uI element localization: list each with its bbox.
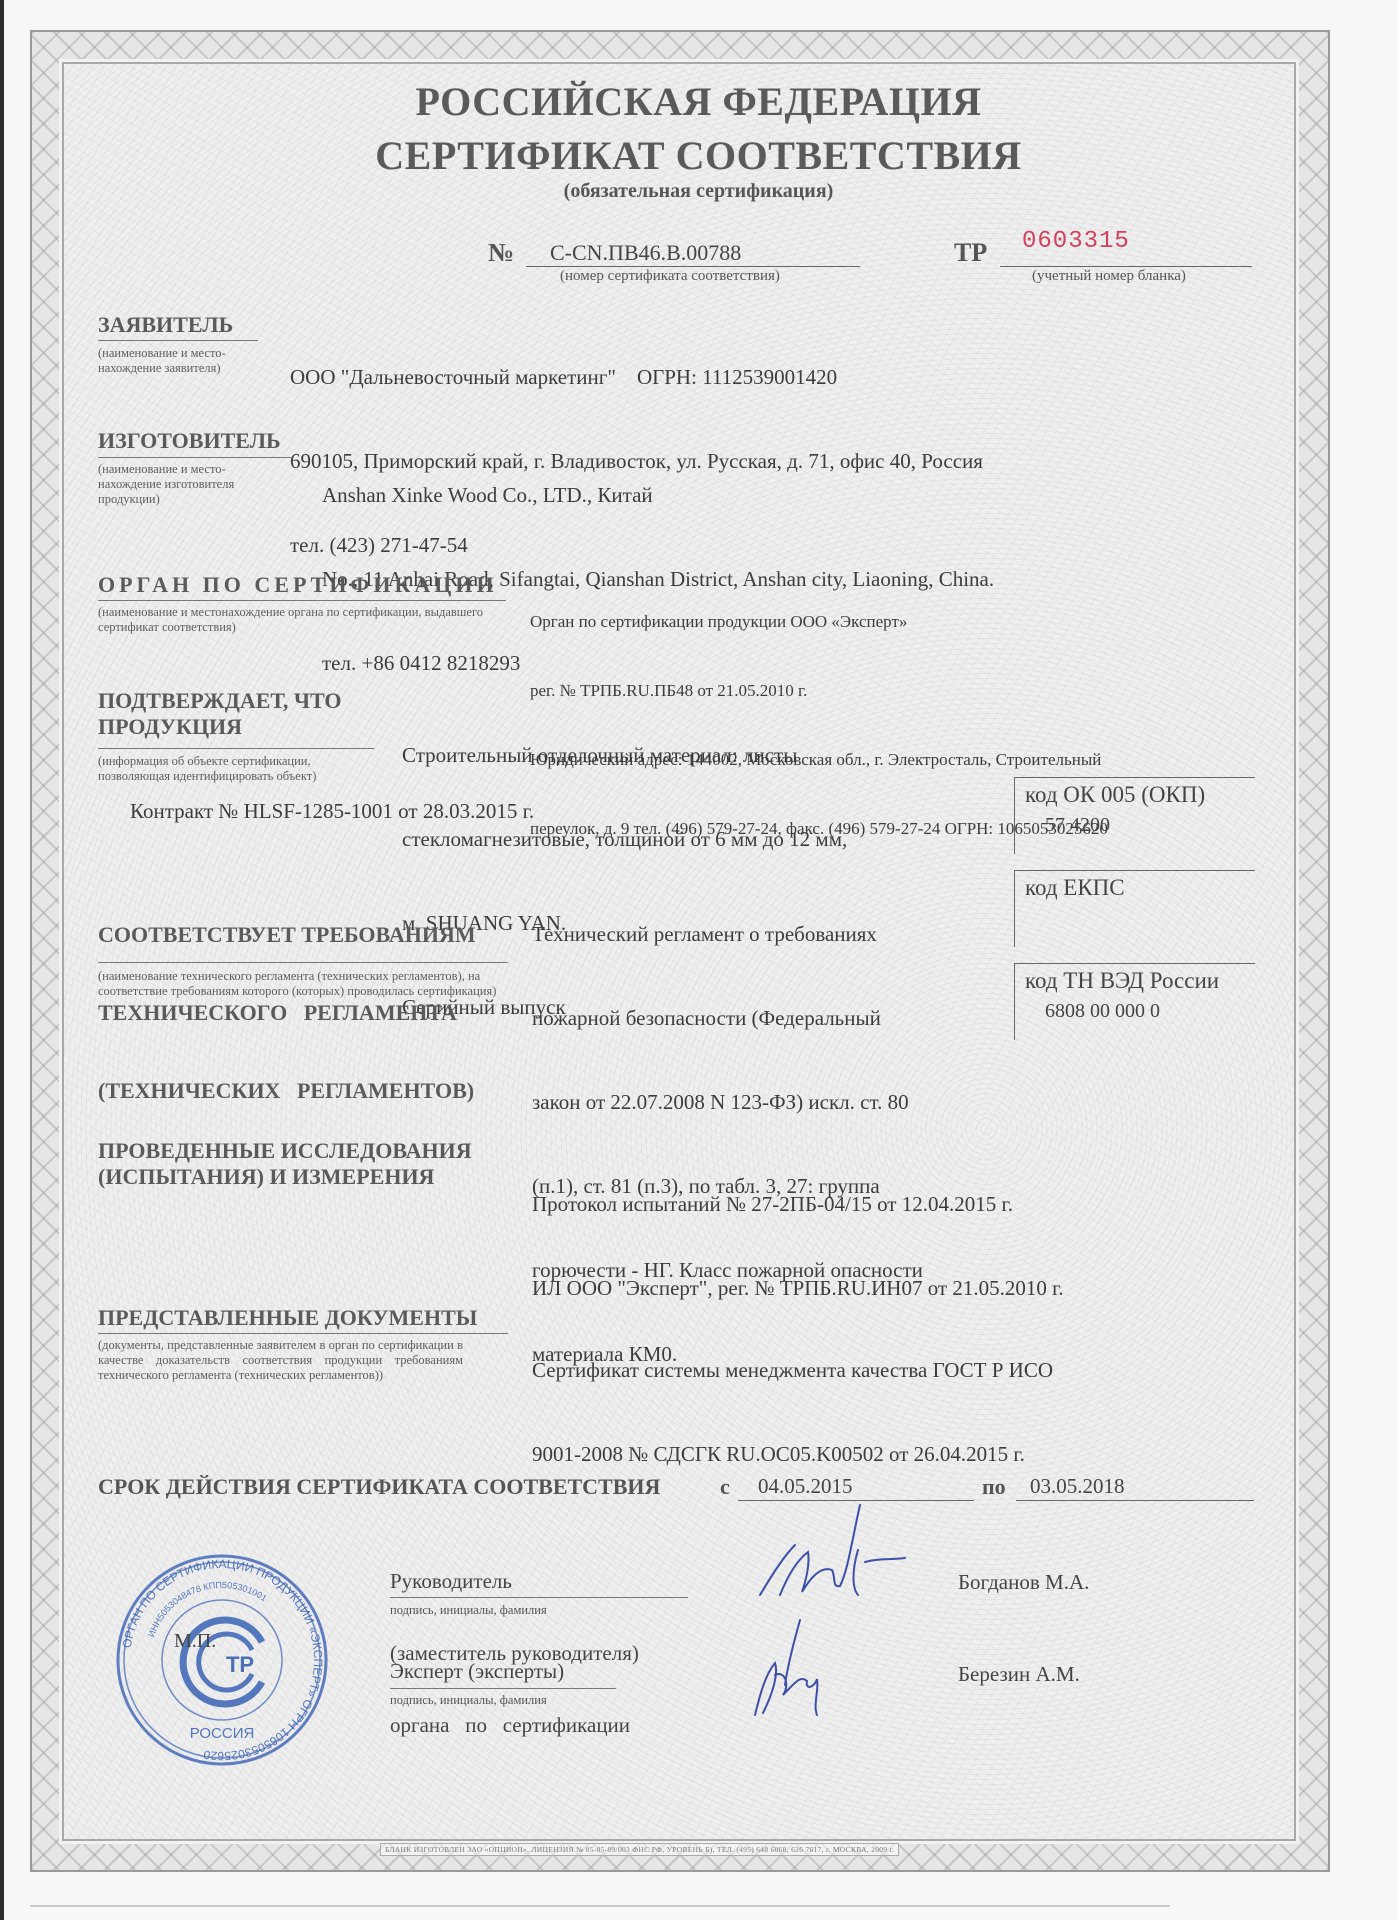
applicant-rule bbox=[98, 340, 258, 341]
svg-text:ТР: ТР bbox=[226, 1652, 254, 1677]
documents-rule bbox=[98, 1333, 508, 1334]
form-number-label: ТР bbox=[954, 238, 987, 268]
certificate-number-label: № bbox=[488, 238, 514, 268]
form-number-caption: (учетный номер бланка) bbox=[1032, 268, 1186, 285]
documents-heading: ПРЕДСТАВЛЕННЫЕ ДОКУМЕНТЫ bbox=[98, 1305, 477, 1331]
product-heading: ПОДТВЕРЖДАЕТ, ЧТО ПРОДУКЦИЯ bbox=[98, 688, 342, 740]
manufacturer-note: (наименование и место-нахождение изготов… bbox=[98, 462, 278, 507]
expert-signature-icon bbox=[745, 1615, 885, 1725]
validity-to-field: 03.05.2018 bbox=[1016, 1474, 1254, 1501]
validity-from-date: 04.05.2015 bbox=[758, 1474, 853, 1499]
svg-text:РОССИЯ: РОССИЯ bbox=[190, 1725, 255, 1742]
form-number-field: 0603315 bbox=[1000, 240, 1252, 267]
head-signature-caption: подпись, инициалы, фамилия bbox=[390, 1603, 547, 1618]
applicant-name: ООО "Дальневосточный маркетинг" ОГРН: 11… bbox=[290, 363, 983, 391]
regulations-line-2: пожарной безопасности (Федеральный bbox=[532, 1004, 923, 1032]
product-heading-line-2: ПРОДУКЦИЯ bbox=[98, 714, 342, 740]
document-title: СЕРТИФИКАТ СООТВЕТСТВИЯ bbox=[0, 132, 1397, 179]
printer-imprint: БЛАНК ИЗГОТОВЛЕН ЗАО «ОПЦИОН», ЛИЦЕНЗИЯ … bbox=[380, 1843, 899, 1856]
test-protocol: Протокол испытаний № 27-2ПБ-04/15 от 12.… bbox=[532, 1190, 1064, 1218]
product-line-1: Строительный отделочный материал: листы bbox=[402, 741, 847, 769]
seal-place-mark: М.П. bbox=[174, 1630, 216, 1653]
validity-from-field: 04.05.2015 bbox=[738, 1474, 974, 1501]
certificate-number-value: C-CN.ПВ46.В.00788 bbox=[550, 240, 741, 266]
expert-signature-rule bbox=[390, 1688, 616, 1689]
validity-from-label: с bbox=[720, 1474, 730, 1500]
regulations-heading-line-3: (ТЕХНИЧЕСКИХ РЕГЛАМЕНТОВ) bbox=[98, 1078, 476, 1104]
country-heading: РОССИЙСКАЯ ФЕДЕРАЦИЯ bbox=[0, 78, 1397, 125]
head-role-line-1: Руководитель bbox=[390, 1569, 639, 1593]
regulations-heading-line-2: ТЕХНИЧЕСКОГО РЕГЛАМЕНТА bbox=[98, 1000, 476, 1026]
validity-label: СРОК ДЕЙСТВИЯ СЕРТИФИКАТА СООТВЕТСТВИЯ bbox=[98, 1474, 660, 1500]
manufacturer-heading: ИЗГОТОВИТЕЛЬ bbox=[98, 428, 281, 454]
manufacturer-name: Anshan Xinke Wood Co., LTD., Китай bbox=[322, 481, 994, 509]
scan-edge bbox=[0, 0, 4, 1920]
head-signature-rule bbox=[390, 1597, 688, 1598]
head-signature-icon bbox=[740, 1500, 960, 1610]
test-laboratory: ИЛ ООО "Эксперт", рег. № ТРПБ.RU.ИН07 от… bbox=[532, 1274, 1064, 1302]
official-seal: ОРГАН ПО СЕРТИФИКАЦИИ ПРОДУКЦИИ «ЭКСПЕРТ… bbox=[112, 1550, 332, 1770]
certification-body-name: Орган по сертификации продукции ООО «Экс… bbox=[530, 610, 1108, 633]
documents-line-1: Сертификат системы менеджмента качества … bbox=[532, 1356, 1053, 1384]
product-heading-line-1: ПОДТВЕРЖДАЕТ, ЧТО bbox=[98, 688, 342, 714]
regulations-line-3: закон от 22.07.2008 N 123-ФЗ) искл. ст. … bbox=[532, 1088, 923, 1116]
expert-signature-caption: подпись, инициалы, фамилия bbox=[390, 1693, 547, 1708]
tnved-code-box: код ТН ВЭД России 6808 00 000 0 bbox=[1014, 963, 1255, 1040]
okp-code-box: код ОК 005 (ОКП) 57 4200 bbox=[1014, 777, 1255, 854]
head-role: Руководитель (заместитель руководителя) … bbox=[390, 1521, 639, 1761]
product-rule bbox=[98, 748, 374, 749]
okp-code-value: 57 4200 bbox=[1045, 814, 1110, 837]
form-number-value: 0603315 bbox=[1022, 228, 1130, 255]
seal-icon: ОРГАН ПО СЕРТИФИКАЦИИ ПРОДУКЦИИ «ЭКСПЕРТ… bbox=[112, 1550, 332, 1770]
expert-name: Березин А.М. bbox=[958, 1662, 1080, 1687]
okp-code-label: код ОК 005 (ОКП) bbox=[1025, 782, 1205, 808]
regulations-note: (наименование технического регламента (т… bbox=[98, 969, 498, 999]
certificate-number-field: C-CN.ПВ46.В.00788 bbox=[526, 240, 860, 267]
ekps-code-label: код ЕКПС bbox=[1025, 875, 1125, 901]
regulations-heading-line-1: СООТВЕТСТВУЕТ ТРЕБОВАНИЯМ bbox=[98, 922, 476, 948]
tests-heading: ПРОВЕДЕННЫЕ ИССЛЕДОВАНИЯ (ИСПЫТАНИЯ) И И… bbox=[98, 1138, 472, 1190]
head-role-line-3: органа по сертификации bbox=[390, 1713, 639, 1737]
documents-line-2: 9001-2008 № СДСГК RU.OC05.K00502 от 26.0… bbox=[532, 1440, 1053, 1468]
ekps-code-box: код ЕКПС bbox=[1014, 870, 1255, 947]
tnved-code-value: 6808 00 000 0 bbox=[1045, 1000, 1160, 1023]
validity-to-label: по bbox=[982, 1474, 1006, 1500]
certification-body-note: (наименование и местонахождение органа п… bbox=[98, 605, 508, 635]
applicant-heading: ЗАЯВИТЕЛЬ bbox=[98, 312, 233, 338]
validity-to-date: 03.05.2018 bbox=[1030, 1474, 1125, 1499]
document-subtitle: (обязательная сертификация) bbox=[0, 180, 1397, 203]
product-line-2: стекломагнезитовые, толщиной от 6 мм до … bbox=[402, 825, 847, 853]
applicant-note: (наименование и место-нахождение заявите… bbox=[98, 346, 263, 376]
expert-role: Эксперт (эксперты) bbox=[390, 1659, 564, 1683]
manufacturer-rule bbox=[98, 457, 294, 458]
documents-details: Сертификат системы менеджмента качества … bbox=[532, 1300, 1053, 1496]
certification-body-rule bbox=[98, 600, 506, 601]
documents-note: (документы, представленные заявителем в … bbox=[98, 1338, 463, 1383]
regulations-rule bbox=[98, 962, 508, 963]
tests-heading-line-1: ПРОВЕДЕННЫЕ ИССЛЕДОВАНИЯ bbox=[98, 1138, 472, 1164]
regulations-heading: СООТВЕТСТВУЕТ ТРЕБОВАНИЯМ ТЕХНИЧЕСКОГО Р… bbox=[98, 870, 476, 1130]
product-contract: Контракт № HLSF-1285-1001 от 28.03.2015 … bbox=[130, 797, 534, 825]
tnved-code-label: код ТН ВЭД России bbox=[1025, 968, 1219, 994]
certificate-number-caption: (номер сертификата соответствия) bbox=[560, 268, 780, 285]
scan-bottom-line bbox=[30, 1905, 1170, 1907]
tests-heading-line-2: (ИСПЫТАНИЯ) И ИЗМЕРЕНИЯ bbox=[98, 1164, 472, 1190]
regulations-line-1: Технический регламент о требованиях bbox=[532, 920, 923, 948]
head-name: Богданов М.А. bbox=[958, 1570, 1089, 1595]
product-note: (информация об объекте сертификации, поз… bbox=[98, 754, 383, 784]
certification-body-heading: ОРГАН ПО СЕРТИФИКАЦИИ bbox=[98, 572, 498, 598]
